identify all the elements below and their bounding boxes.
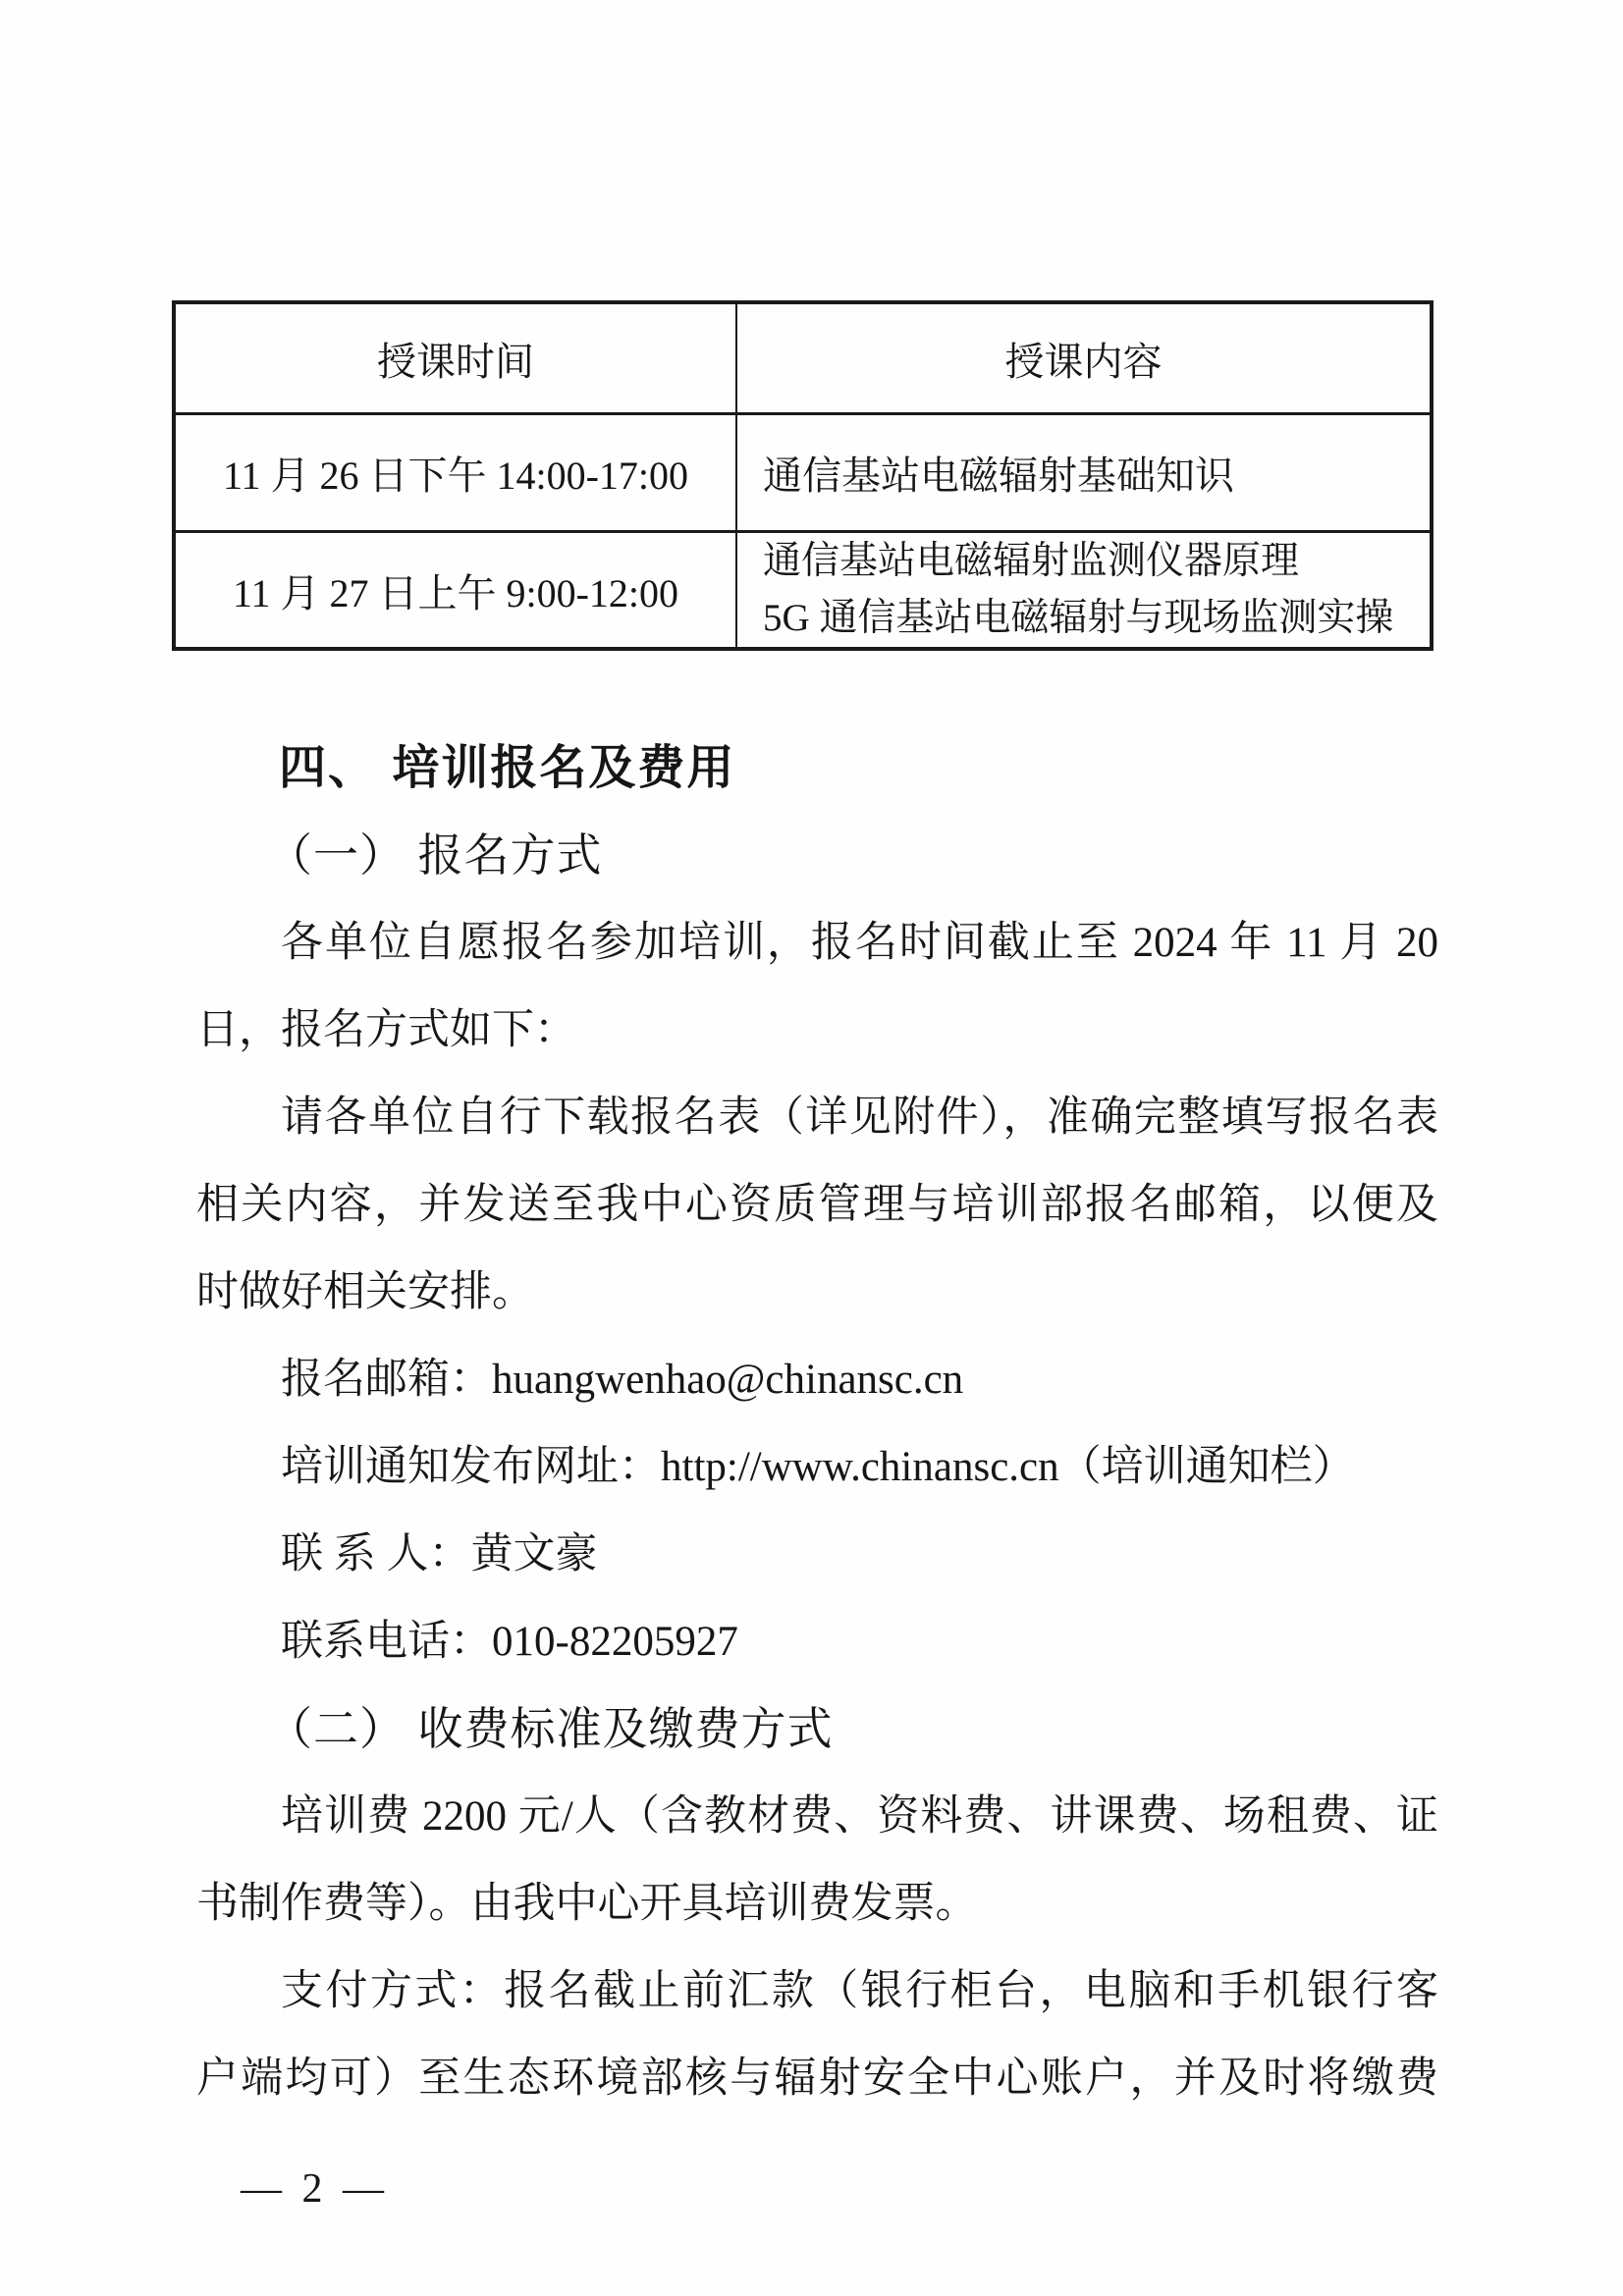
body-text: 四、 培训报名及费用 （一） 报名方式 各单位自愿报名参加培训，报名时间截止至 … xyxy=(196,724,1438,2122)
subsection-2-heading: （二） 收费标准及缴费方式 xyxy=(196,1685,1438,1773)
paragraph-4-line-1: 支付方式：报名截止前汇款（银行柜台，电脑和手机银行客 xyxy=(196,1948,1438,2035)
table-row2-content-line1: 通信基站电磁辐射监测仪器原理 xyxy=(763,533,1299,590)
contact-phone-line: 联系电话：010-82205927 xyxy=(196,1598,1438,1685)
paragraph-2-line-2: 相关内容，并发送至我中心资质管理与培训部报名邮箱，以便及 xyxy=(196,1161,1438,1249)
schedule-table: 授课时间 授课内容 11 月 26 日下午 14:00-17:00 通信基站电磁… xyxy=(172,300,1434,651)
paragraph-1-line-2: 日，报名方式如下： xyxy=(196,987,1438,1074)
paragraph-2-line-1: 请各单位自行下载报名表（详见附件），准确完整填写报名表 xyxy=(196,1074,1438,1161)
notice-url-line: 培训通知发布网址：http://www.chinansc.cn（培训通知栏） xyxy=(196,1423,1438,1511)
paragraph-2-line-3: 时做好相关安排。 xyxy=(196,1249,1438,1336)
table-row2-content-line2: 5G 通信基站电磁辐射与现场监测实操 xyxy=(763,590,1393,647)
page-number: — 2 — xyxy=(241,2165,389,2213)
table-row2-content: 通信基站电磁辐射监测仪器原理 5G 通信基站电磁辐射与现场监测实操 xyxy=(737,533,1430,647)
section-heading: 四、 培训报名及费用 xyxy=(196,724,1438,812)
document-page: 授课时间 授课内容 11 月 26 日下午 14:00-17:00 通信基站电磁… xyxy=(0,0,1623,2296)
paragraph-3-line-2: 书制作费等）。由我中心开具培训费发票。 xyxy=(196,1860,1438,1948)
table-row1-content: 通信基站电磁辐射基础知识 xyxy=(737,415,1430,533)
contact-person-line: 联 系 人：黄文豪 xyxy=(196,1511,1438,1598)
registration-email-line: 报名邮箱：huangwenhao@chinansc.cn xyxy=(196,1336,1438,1423)
paragraph-4-line-2: 户端均可）至生态环境部核与辐射安全中心账户，并及时将缴费 xyxy=(196,2035,1438,2122)
subsection-1-heading: （一） 报名方式 xyxy=(196,812,1438,899)
table-row1-time: 11 月 26 日下午 14:00-17:00 xyxy=(176,415,737,533)
paragraph-3-line-1: 培训费 2200 元/人（含教材费、资料费、讲课费、场租费、证 xyxy=(196,1773,1438,1860)
table-header-time: 授课时间 xyxy=(176,304,737,415)
table-row2-time: 11 月 27 日上午 9:00-12:00 xyxy=(176,533,737,647)
paragraph-1-line-1: 各单位自愿报名参加培训，报名时间截止至 2024 年 11 月 20 xyxy=(196,899,1438,987)
table-header-content: 授课内容 xyxy=(737,304,1430,415)
